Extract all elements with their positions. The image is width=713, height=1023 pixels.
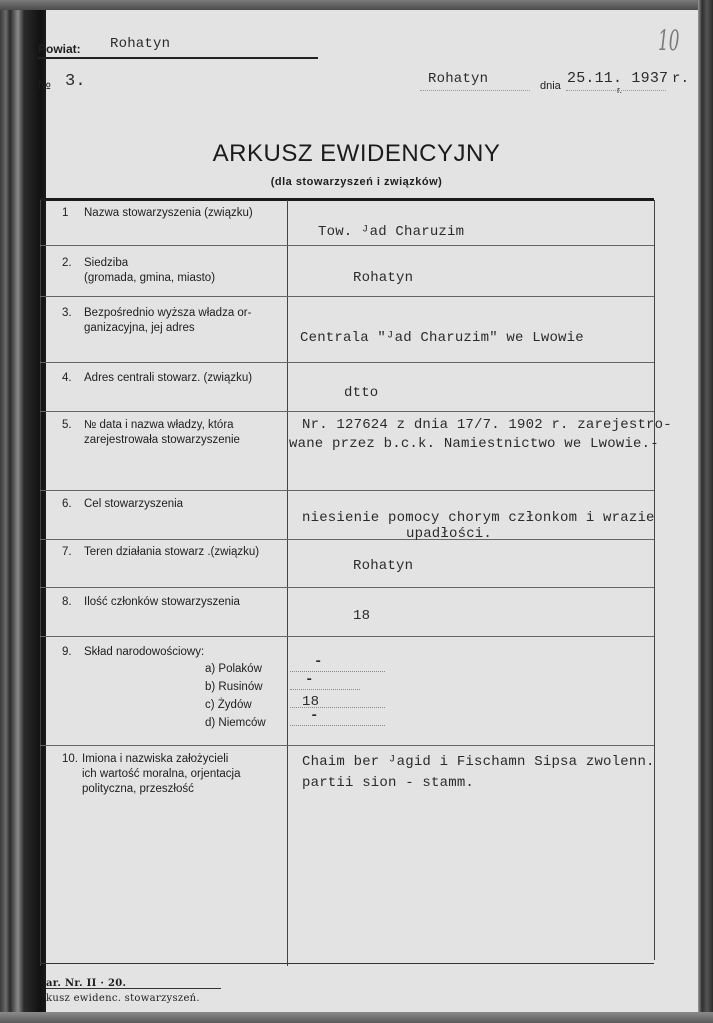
- row-divider: [40, 411, 654, 412]
- document-subtitle: (dla stowarzyszeń i związków): [0, 176, 713, 188]
- table-left-border: [40, 200, 41, 966]
- row-value-7: Rohatyn: [353, 558, 413, 574]
- row-divider: [40, 745, 654, 746]
- row-divider: [40, 490, 654, 491]
- date-dotted-line: [566, 90, 666, 91]
- nationality-polish-value: -: [314, 654, 323, 670]
- row-value-1: Tow. ᴶad Charuzim: [318, 224, 464, 240]
- nationality-ruthenian-label: b) Rusinów: [205, 678, 280, 696]
- number-value: 3.: [65, 72, 86, 91]
- place-value: Rohatyn: [428, 71, 488, 87]
- place-dotted-line: [420, 90, 530, 91]
- row-value-8: 18: [353, 608, 370, 624]
- row-label-9: 9.Skład narodowościowy:: [62, 645, 282, 660]
- nationality-labels: a) Polaków b) Rusinów c) Żydów d) Niemcó…: [205, 660, 280, 732]
- row-label-4: 4.Adres centrali stowarz. (związku): [62, 371, 282, 386]
- dotted-line: [290, 671, 385, 672]
- scan-border-bottom: [0, 1012, 713, 1023]
- page-number: 10: [658, 24, 679, 57]
- powiat-value: Rohatyn: [110, 36, 170, 52]
- row-label-10: 10.Imiona i nazwiska założycieli ich war…: [62, 752, 287, 797]
- row-divider: [40, 245, 654, 246]
- row-divider: [40, 636, 654, 637]
- year-r-suffix: r.: [672, 71, 689, 87]
- row-value-6: niesienie pomocy chorym członkom i wrazi…: [302, 510, 682, 542]
- row-divider: [40, 296, 654, 297]
- table-bottom-rule: [40, 963, 654, 964]
- row-value-10: Chaim ber ᴶagid i Fischamn Sipsa zwolenn…: [302, 752, 682, 794]
- row-value-5: Nr. 127624 z dnia 17/7. 1902 r. zarejest…: [302, 416, 682, 454]
- row-label-3: 3.Bezpośrednio wyższa władza or- ganizac…: [62, 306, 282, 336]
- row-value-2: Rohatyn: [353, 270, 413, 286]
- year-r-small: r.: [617, 85, 622, 95]
- row-divider: [40, 587, 654, 588]
- table-column-divider: [287, 200, 288, 966]
- nationality-ruthenian-value: -: [305, 672, 314, 688]
- dotted-line: [290, 725, 385, 726]
- row-label-8: 8.Ilość członków stowarzyszenia: [62, 595, 282, 610]
- powiat-label: Powiat:: [38, 42, 81, 56]
- row-value-4: dtto: [344, 385, 378, 401]
- dotted-line: [290, 707, 385, 708]
- table-top-rule: [40, 198, 654, 201]
- row-label-2: 2.Siedziba (gromada, gmina, miasto): [62, 256, 282, 286]
- table-right-border: [654, 200, 655, 960]
- number-label: №: [38, 78, 51, 92]
- scan-border-top: [0, 0, 713, 10]
- row-label-6: 6.Cel stowarzyszenia: [62, 497, 282, 512]
- nationality-german-label: d) Niemców: [205, 714, 280, 732]
- row-label-1: 1Nazwa stowarzyszenia (związku): [62, 206, 282, 221]
- row-label-5: 5.№ data i nazwa władzy, która zarejestr…: [62, 418, 282, 448]
- nationality-jewish-label: c) Żydów: [205, 696, 280, 714]
- form-name: kusz ewidenc. stowarzyszeń.: [46, 993, 200, 1004]
- row-divider: [40, 362, 654, 363]
- footer-rule: [46, 988, 221, 989]
- row-label-7: 7.Teren działania stowarz .(związku): [62, 545, 282, 560]
- powiat-underline: [38, 57, 318, 59]
- document-title: ARKUSZ EWIDENCYJNY: [0, 140, 713, 168]
- date-label: dnia: [540, 80, 561, 92]
- nationality-polish-label: a) Polaków: [205, 660, 280, 678]
- nationality-german-value: -: [310, 708, 319, 724]
- row-value-3: Centrala "ᴶad Charuzim" we Lwowie: [300, 330, 584, 346]
- dotted-line: [290, 689, 360, 690]
